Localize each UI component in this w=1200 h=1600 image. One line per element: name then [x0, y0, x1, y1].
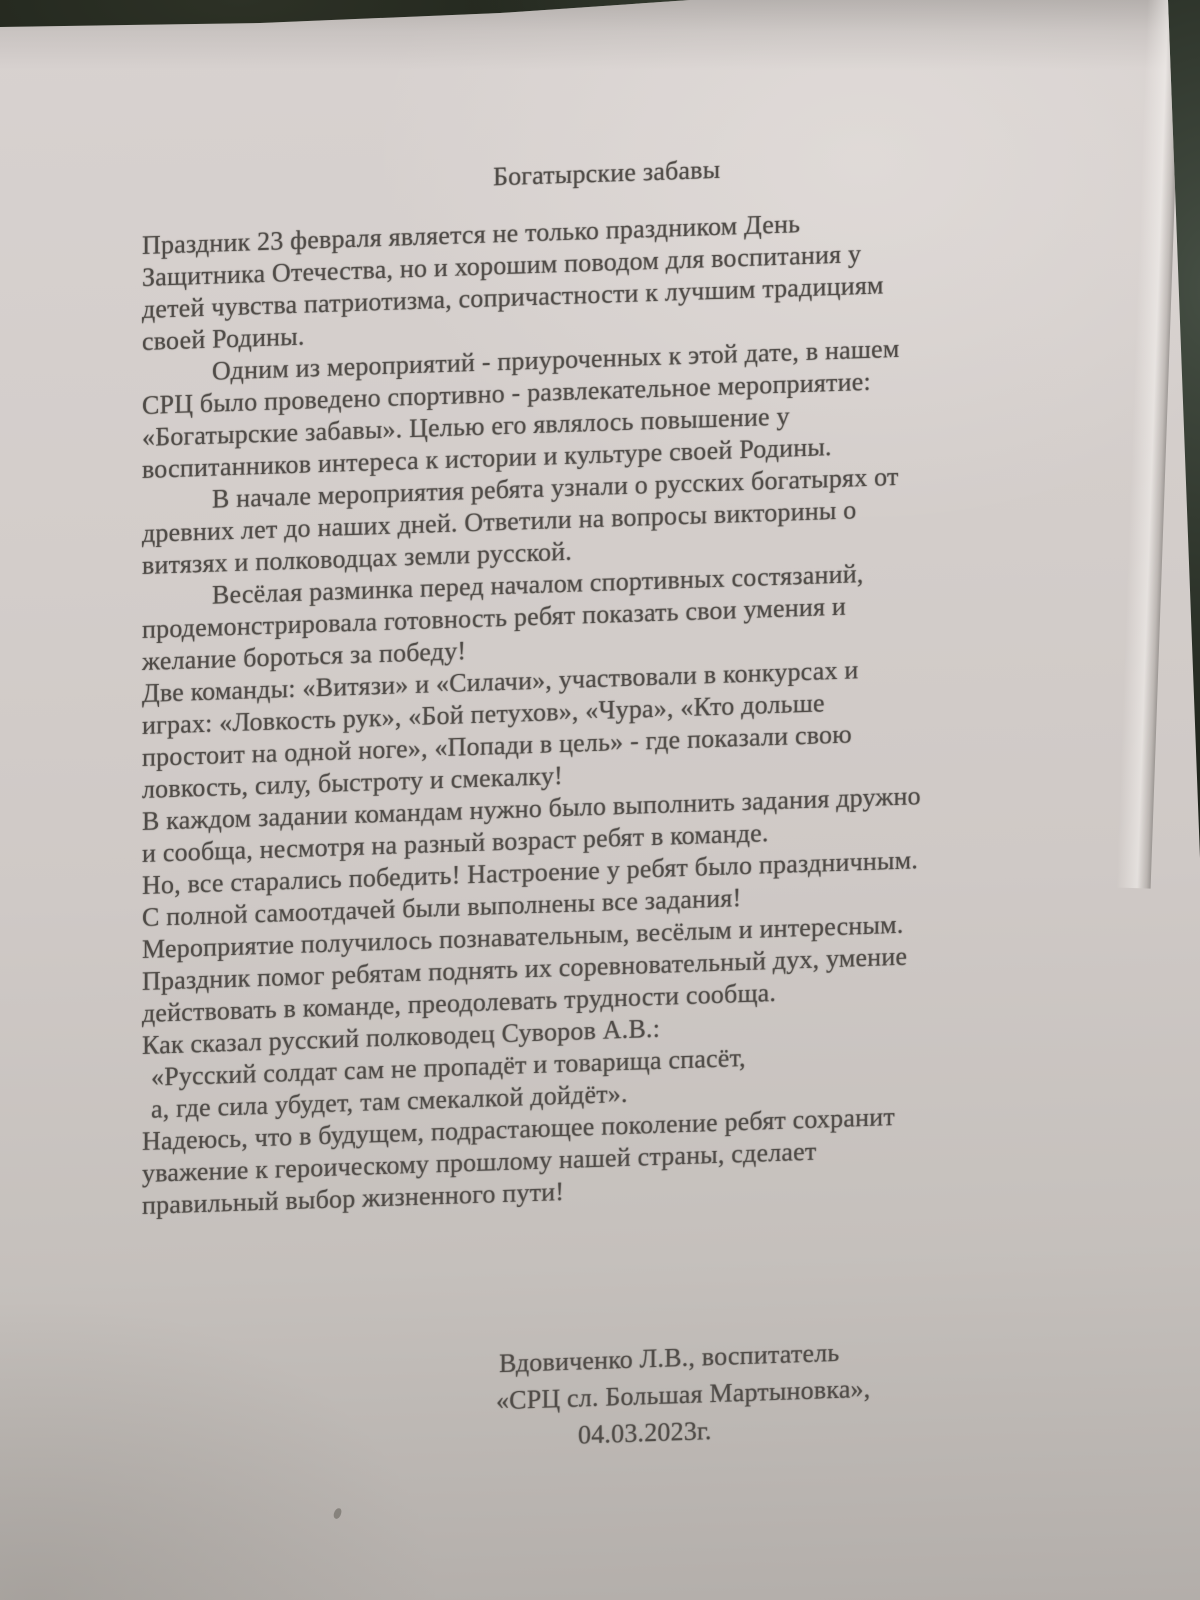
photo-of-document: Богатырские забавы Праздник 23 февраля я…	[0, 0, 1200, 1600]
paper-speck	[333, 1507, 343, 1519]
paper-sheet: Богатырские забавы Праздник 23 февраля я…	[0, 0, 1200, 1600]
signature-block: Вдовиченко Л.В., воспитатель «СРЦ сл. Бо…	[142, 1326, 1062, 1468]
paper-right-edge	[1117, 0, 1182, 889]
document-title: Богатырские забавы	[142, 142, 1062, 205]
document-text: Богатырские забавы Праздник 23 февраля я…	[142, 142, 1062, 1468]
